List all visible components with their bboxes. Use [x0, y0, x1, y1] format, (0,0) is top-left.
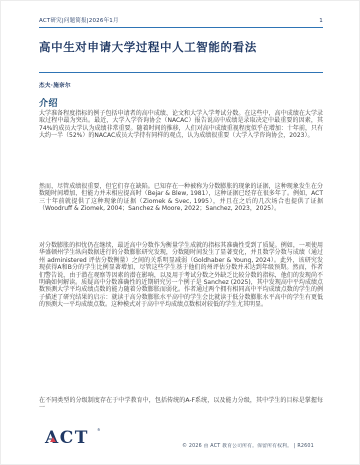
- intro-paragraph-3: 对分数膨胀的担忧仍在继续，最近高中分数作为衡量学生成就的指标其准确性受到了质疑。…: [39, 242, 323, 309]
- copyright-text: © 2026 由 ACT 教育公司所有。保留所有权利。 | R2601: [173, 442, 323, 449]
- act-logo-triangle-icon: [50, 437, 56, 442]
- intro-paragraph-4: 在不同类型的分级制度存在于中学教育中，包括传统的A-F系统，以及能力分级，其中学…: [39, 397, 323, 412]
- research-brief-page: ACT研究|问题简报|2026年1月 1 高中生对申请大学过程中人工智能的看法 …: [0, 0, 360, 465]
- page-header: ACT研究|问题简报|2026年1月 1: [39, 16, 323, 24]
- title-rule: [39, 72, 323, 73]
- act-logo: ACT ®: [45, 425, 105, 451]
- page-number: 1: [319, 18, 323, 24]
- header-rule: [39, 27, 323, 28]
- author-name: 杰夫·施奈尔: [39, 81, 323, 89]
- header-meta: ACT研究|问题简报|2026年1月: [39, 16, 119, 24]
- section-heading-intro: 介绍: [39, 96, 323, 109]
- page-title: 高中生对申请大学过程中人工智能的看法: [39, 40, 323, 55]
- registered-mark-icon: ®: [97, 428, 101, 432]
- intro-paragraph-1: 大学准备程度指标的例子包括申请者的高中成绩、论文和大学入学考试分数。在这些中，高…: [39, 110, 323, 140]
- intro-paragraph-2: 然而，尽管成绩很重要，但它们存在缺陷。已知存在一种被称为分数膨胀的现象的证据，这…: [39, 183, 323, 213]
